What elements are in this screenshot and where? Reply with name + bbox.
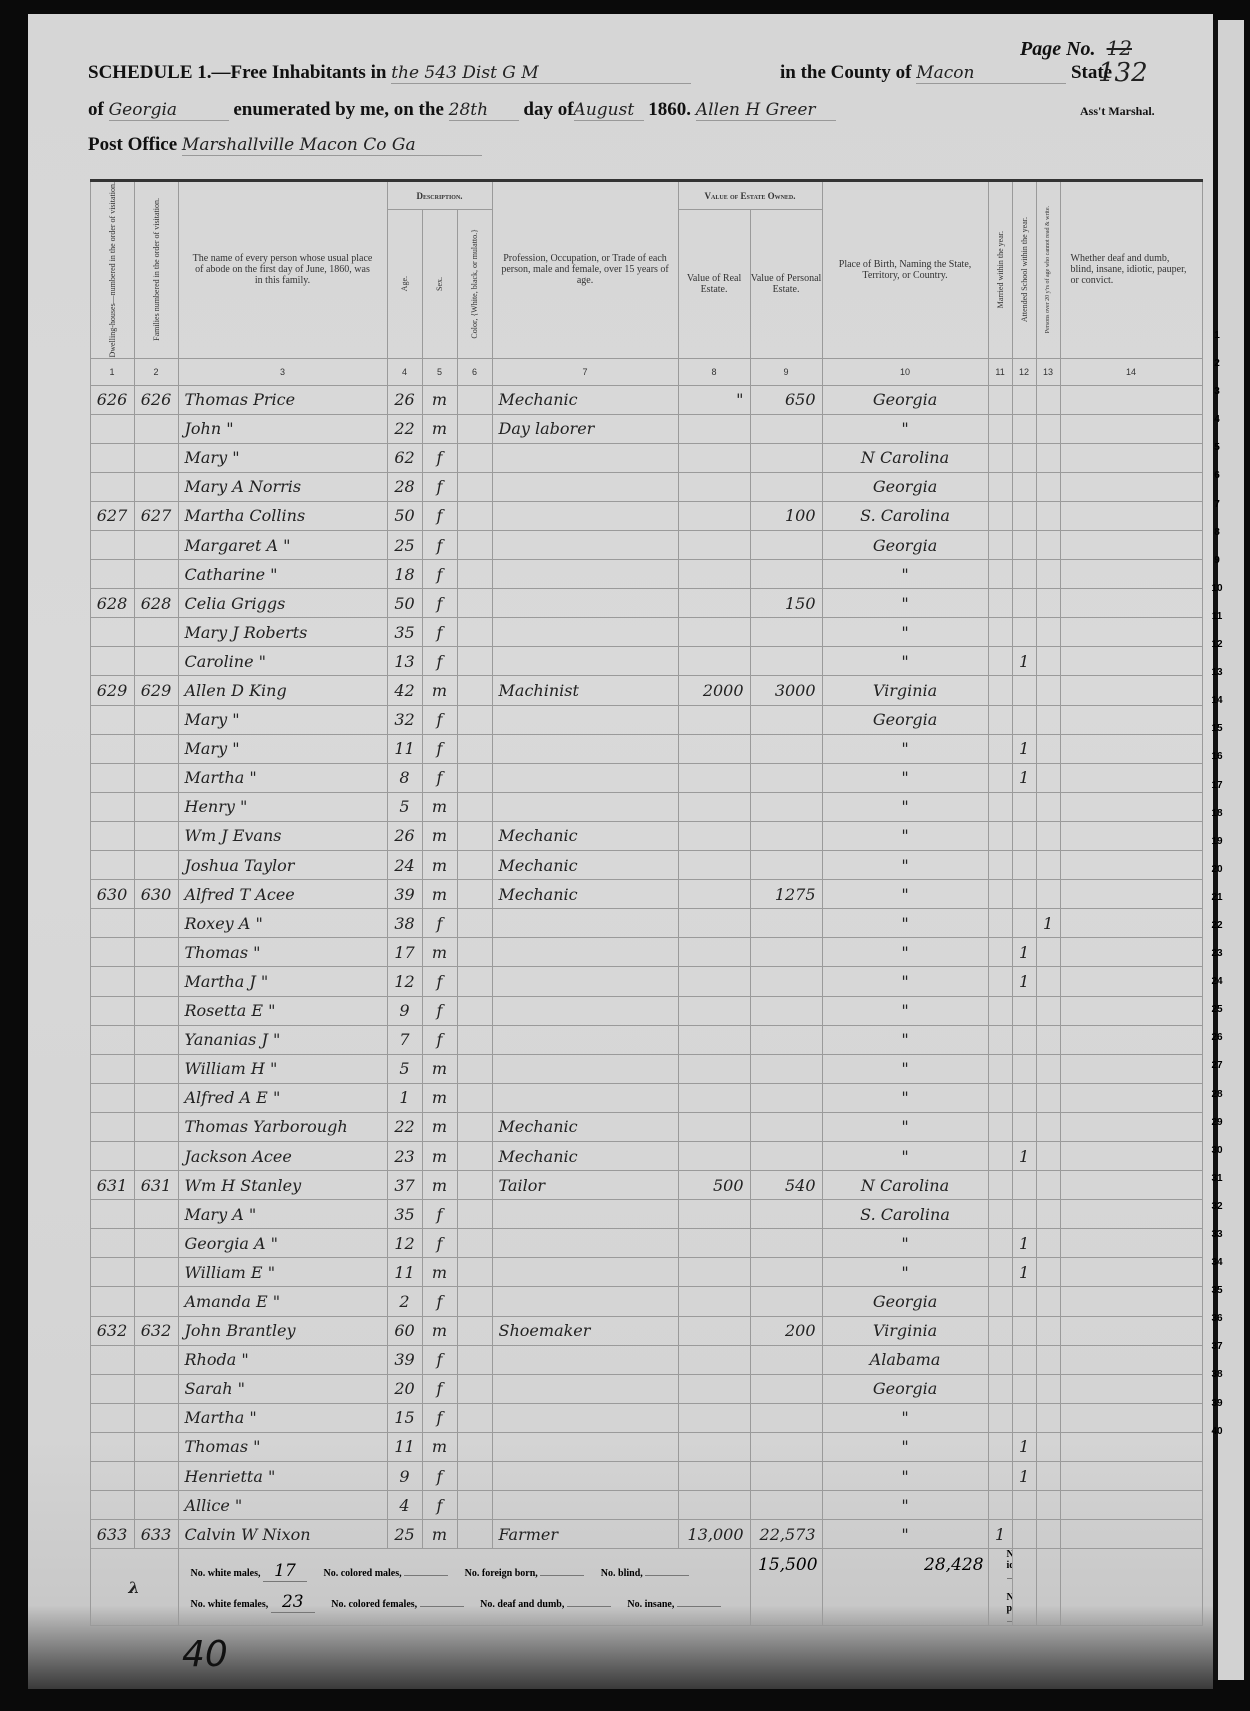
person-sex: m xyxy=(422,676,457,705)
married-mark xyxy=(988,1316,1012,1345)
real-estate-total: 15,500 xyxy=(758,1555,817,1575)
person-occupation xyxy=(492,1287,678,1316)
real-estate-value xyxy=(678,1403,750,1432)
person-occupation: Mechanic xyxy=(492,385,678,414)
married-mark xyxy=(988,967,1012,996)
school-mark xyxy=(1012,792,1036,821)
table-row: 14 Martha " 8 f " 1 xyxy=(90,763,1202,792)
dwelling-number xyxy=(90,1112,134,1141)
person-sex: f xyxy=(422,618,457,647)
dwelling-number xyxy=(90,1054,134,1083)
married-mark xyxy=(988,1432,1012,1461)
right-line-number: 28 xyxy=(1204,1089,1230,1117)
dwelling-number xyxy=(90,821,134,850)
person-occupation xyxy=(492,1054,678,1083)
birth-place: " xyxy=(822,560,988,589)
person-color xyxy=(457,385,492,414)
person-color xyxy=(457,1432,492,1461)
person-sex: m xyxy=(422,1141,457,1170)
estate-group-header: Value of Estate Owned. xyxy=(678,181,822,210)
personal-estate-value xyxy=(750,938,822,967)
dwelling-number xyxy=(90,1141,134,1170)
right-line-number: 20 xyxy=(1204,864,1230,892)
illiterate-mark xyxy=(1036,1520,1060,1549)
person-occupation xyxy=(492,938,678,967)
condition-value xyxy=(1060,734,1202,763)
dwelling-number xyxy=(90,967,134,996)
table-row: 13 Mary " 11 f " 1 xyxy=(90,734,1202,763)
person-age: 39 xyxy=(387,880,422,909)
dwelling-number xyxy=(90,1403,134,1432)
condition-value xyxy=(1060,385,1202,414)
person-age: 13 xyxy=(387,647,422,676)
married-mark xyxy=(988,647,1012,676)
illiterate-mark xyxy=(1036,792,1060,821)
person-sex: f xyxy=(422,1200,457,1229)
married-mark xyxy=(988,1374,1012,1403)
table-row: 17 Joshua Taylor 24 m Mechanic " xyxy=(90,851,1202,880)
table-row: 32 Amanda E " 2 f Georgia xyxy=(90,1287,1202,1316)
real-estate-value xyxy=(678,1141,750,1170)
illiterate-mark xyxy=(1036,1374,1060,1403)
blind-label: No. blind, xyxy=(601,1568,643,1579)
person-name: Mary " xyxy=(178,734,387,763)
census-table: Dwelling-houses—numbered in the order of… xyxy=(90,179,1203,1626)
person-sex: m xyxy=(422,1054,457,1083)
personal-estate-value: 540 xyxy=(750,1171,822,1200)
person-age: 5 xyxy=(387,1054,422,1083)
person-color xyxy=(457,851,492,880)
person-color xyxy=(457,1520,492,1549)
right-line-number: 2 xyxy=(1204,358,1230,386)
person-color xyxy=(457,1083,492,1112)
col-condition-header: Whether deaf and dumb, blind, insane, id… xyxy=(1060,181,1202,359)
birth-place: " xyxy=(822,647,988,676)
white-females-value: 23 xyxy=(271,1592,315,1613)
person-color xyxy=(457,414,492,443)
person-name: Catharine " xyxy=(178,560,387,589)
married-mark xyxy=(988,763,1012,792)
person-occupation xyxy=(492,1432,678,1461)
real-estate-value xyxy=(678,1374,750,1403)
personal-estate-value xyxy=(750,1345,822,1374)
person-sex: f xyxy=(422,1462,457,1491)
right-line-number: 18 xyxy=(1204,808,1230,836)
personal-estate-value xyxy=(750,1462,822,1491)
table-row: 16 Wm J Evans 26 m Mechanic " xyxy=(90,821,1202,850)
person-sex: f xyxy=(422,1287,457,1316)
person-age: 7 xyxy=(387,1025,422,1054)
right-line-number: 3 xyxy=(1204,386,1230,414)
condition-value xyxy=(1060,1171,1202,1200)
person-occupation xyxy=(492,1403,678,1432)
real-estate-value xyxy=(678,647,750,676)
dwelling-number xyxy=(90,472,134,501)
school-mark xyxy=(1012,1171,1036,1200)
birth-place: " xyxy=(822,1025,988,1054)
white-males-value: 17 xyxy=(263,1561,307,1582)
married-mark xyxy=(988,501,1012,530)
person-age: 11 xyxy=(387,734,422,763)
birth-place: Georgia xyxy=(822,385,988,414)
school-mark xyxy=(1012,996,1036,1025)
condition-value xyxy=(1060,501,1202,530)
person-occupation xyxy=(492,996,678,1025)
person-age: 60 xyxy=(387,1316,422,1345)
school-mark xyxy=(1012,560,1036,589)
personal-estate-value xyxy=(750,821,822,850)
col-number: 10 xyxy=(822,358,988,385)
birth-place: " xyxy=(822,1432,988,1461)
person-name: Celia Griggs xyxy=(178,589,387,618)
person-sex: f xyxy=(422,1025,457,1054)
married-mark xyxy=(988,443,1012,472)
condition-value xyxy=(1060,763,1202,792)
married-mark xyxy=(988,996,1012,1025)
condition-value xyxy=(1060,1141,1202,1170)
real-estate-value xyxy=(678,909,750,938)
state-value: Georgia xyxy=(109,100,229,121)
person-age: 12 xyxy=(387,967,422,996)
person-occupation xyxy=(492,909,678,938)
condition-value xyxy=(1060,1054,1202,1083)
person-sex: f xyxy=(422,909,457,938)
real-estate-value xyxy=(678,501,750,530)
table-row: 38 Henrietta " 9 f " 1 xyxy=(90,1462,1202,1491)
person-color xyxy=(457,1258,492,1287)
married-mark xyxy=(988,560,1012,589)
school-mark xyxy=(1012,385,1036,414)
family-number xyxy=(134,851,178,880)
illiterate-mark xyxy=(1036,1403,1060,1432)
condition-value xyxy=(1060,1025,1202,1054)
school-mark: 1 xyxy=(1012,763,1036,792)
table-row: 4 Mary A Norris 28 f Georgia xyxy=(90,472,1202,501)
col-name-header: The name of every person whose usual pla… xyxy=(178,181,387,359)
person-age: 22 xyxy=(387,1112,422,1141)
condition-value xyxy=(1060,851,1202,880)
birth-place: " xyxy=(822,414,988,443)
right-line-number: 25 xyxy=(1204,1004,1230,1032)
dwelling-number xyxy=(90,1345,134,1374)
person-sex: m xyxy=(422,1171,457,1200)
blind-value xyxy=(645,1575,689,1576)
illiterate-mark xyxy=(1036,1287,1060,1316)
personal-estate-value: 100 xyxy=(750,501,822,530)
right-line-number: 30 xyxy=(1204,1145,1230,1173)
birth-place: " xyxy=(822,618,988,647)
table-row: 18 630 630 Alfred T Acee 39 m Mechanic 1… xyxy=(90,880,1202,909)
person-color xyxy=(457,1316,492,1345)
condition-value xyxy=(1060,1287,1202,1316)
right-line-number: 35 xyxy=(1204,1285,1230,1313)
col-number: 3 xyxy=(178,358,387,385)
table-row: 35 Sarah " 20 f Georgia xyxy=(90,1374,1202,1403)
family-number xyxy=(134,734,178,763)
illiterate-mark xyxy=(1036,705,1060,734)
school-mark xyxy=(1012,501,1036,530)
person-age: 18 xyxy=(387,560,422,589)
person-sex: f xyxy=(422,1403,457,1432)
real-estate-value xyxy=(678,763,750,792)
married-mark xyxy=(988,1403,1012,1432)
person-name: Mary " xyxy=(178,443,387,472)
dwelling-number: 629 xyxy=(90,676,134,705)
col-number: 5 xyxy=(422,358,457,385)
person-sex: f xyxy=(422,1345,457,1374)
real-estate-value xyxy=(678,1025,750,1054)
school-mark xyxy=(1012,1083,1036,1112)
person-sex: f xyxy=(422,647,457,676)
person-color xyxy=(457,967,492,996)
personal-estate-value xyxy=(750,1083,822,1112)
person-name: Calvin W Nixon xyxy=(178,1520,387,1549)
condition-value xyxy=(1060,821,1202,850)
col-number: 9 xyxy=(750,358,822,385)
illiterate-mark xyxy=(1036,647,1060,676)
personal-estate-value: 150 xyxy=(750,589,822,618)
table-row: 21 Martha J " 12 f " 1 xyxy=(90,967,1202,996)
right-line-number: 16 xyxy=(1204,751,1230,779)
person-color xyxy=(457,443,492,472)
family-number xyxy=(134,1462,178,1491)
right-line-number: 34 xyxy=(1204,1257,1230,1285)
illiterate-mark xyxy=(1036,618,1060,647)
person-occupation xyxy=(492,763,678,792)
condition-value xyxy=(1060,909,1202,938)
married-mark xyxy=(988,676,1012,705)
table-row: 15 Henry " 5 m " xyxy=(90,792,1202,821)
married-mark xyxy=(988,1287,1012,1316)
married-mark xyxy=(988,1141,1012,1170)
married-mark xyxy=(988,705,1012,734)
condition-value xyxy=(1060,1520,1202,1549)
table-row: 8 628 628 Celia Griggs 50 f 150 " xyxy=(90,589,1202,618)
condition-value xyxy=(1060,560,1202,589)
person-name: Joshua Taylor xyxy=(178,851,387,880)
person-occupation xyxy=(492,472,678,501)
table-row: 19 Roxey A " 38 f " 1 xyxy=(90,909,1202,938)
table-row: 37 Thomas " 11 m " 1 xyxy=(90,1432,1202,1461)
school-mark: 1 xyxy=(1012,1258,1036,1287)
birth-place: N Carolina xyxy=(822,1171,988,1200)
post-office-value: Marshallville Macon Co Ga xyxy=(182,135,482,156)
person-sex: f xyxy=(422,1491,457,1520)
person-color xyxy=(457,821,492,850)
family-number xyxy=(134,560,178,589)
real-estate-value xyxy=(678,589,750,618)
school-mark: 1 xyxy=(1012,1141,1036,1170)
school-mark xyxy=(1012,414,1036,443)
state-label: State xyxy=(1071,62,1112,83)
school-mark xyxy=(1012,821,1036,850)
personal-estate-value xyxy=(750,1287,822,1316)
married-mark: 1 xyxy=(988,1520,1012,1549)
person-age: 2 xyxy=(387,1287,422,1316)
birth-place: " xyxy=(822,763,988,792)
right-line-number: 1 xyxy=(1204,330,1230,358)
person-name: Mary J Roberts xyxy=(178,618,387,647)
person-sex: f xyxy=(422,996,457,1025)
person-sex: f xyxy=(422,1229,457,1258)
school-mark xyxy=(1012,1316,1036,1345)
married-mark xyxy=(988,909,1012,938)
person-occupation xyxy=(492,1200,678,1229)
right-line-number: 36 xyxy=(1204,1313,1230,1341)
person-color xyxy=(457,880,492,909)
right-line-number: 15 xyxy=(1204,723,1230,751)
person-age: 35 xyxy=(387,618,422,647)
birth-place: S. Carolina xyxy=(822,501,988,530)
person-occupation xyxy=(492,560,678,589)
person-name: Henry " xyxy=(178,792,387,821)
col-occupation-header: Profession, Occupation, or Trade of each… xyxy=(492,181,678,359)
person-color xyxy=(457,1491,492,1520)
of-label: of xyxy=(88,99,104,120)
table-row: 11 629 629 Allen D King 42 m Machinist 2… xyxy=(90,676,1202,705)
right-line-number: 23 xyxy=(1204,948,1230,976)
person-age: 8 xyxy=(387,763,422,792)
dwelling-number xyxy=(90,647,134,676)
school-mark xyxy=(1012,909,1036,938)
personal-estate-value xyxy=(750,531,822,560)
married-mark xyxy=(988,589,1012,618)
table-row: 34 Rhoda " 39 f Alabama xyxy=(90,1345,1202,1374)
birth-place: N Carolina xyxy=(822,443,988,472)
dwelling-number xyxy=(90,763,134,792)
person-color xyxy=(457,792,492,821)
school-mark xyxy=(1012,589,1036,618)
person-age: 12 xyxy=(387,1229,422,1258)
married-mark xyxy=(988,821,1012,850)
dwelling-number xyxy=(90,734,134,763)
table-row: 7 Catharine " 18 f " xyxy=(90,560,1202,589)
person-name: Jackson Acee xyxy=(178,1141,387,1170)
table-row: 29 Mary A " 35 f S. Carolina xyxy=(90,1200,1202,1229)
person-occupation xyxy=(492,1374,678,1403)
school-mark: 1 xyxy=(1012,1462,1036,1491)
school-mark: 1 xyxy=(1012,734,1036,763)
col-personal-estate-header: Value of Personal Estate. xyxy=(750,210,822,358)
dwelling-number xyxy=(90,1287,134,1316)
person-age: 39 xyxy=(387,1345,422,1374)
county-value: Macon xyxy=(916,63,1066,84)
married-mark xyxy=(988,472,1012,501)
birth-place: " xyxy=(822,938,988,967)
person-occupation xyxy=(492,647,678,676)
person-occupation xyxy=(492,734,678,763)
colored-females-value xyxy=(420,1606,464,1607)
person-age: 25 xyxy=(387,531,422,560)
family-number xyxy=(134,647,178,676)
table-row: 6 Margaret A " 25 f Georgia xyxy=(90,531,1202,560)
person-color xyxy=(457,1112,492,1141)
dwelling-number xyxy=(90,938,134,967)
person-name: Roxey A " xyxy=(178,909,387,938)
schedule-label: SCHEDULE 1.—Free Inhabitants in xyxy=(88,62,386,83)
condition-value xyxy=(1060,880,1202,909)
person-sex: m xyxy=(422,1258,457,1287)
table-row: 28 631 631 Wm H Stanley 37 m Tailor 500 … xyxy=(90,1171,1202,1200)
person-occupation xyxy=(492,967,678,996)
table-row: 31 William E " 11 m " 1 xyxy=(90,1258,1202,1287)
birth-place: " xyxy=(822,1141,988,1170)
school-mark xyxy=(1012,618,1036,647)
dwelling-number xyxy=(90,1025,134,1054)
person-color xyxy=(457,676,492,705)
person-sex: f xyxy=(422,1374,457,1403)
person-occupation xyxy=(492,1258,678,1287)
table-row: 20 Thomas " 17 m " 1 xyxy=(90,938,1202,967)
personal-estate-value xyxy=(750,1054,822,1083)
person-color xyxy=(457,589,492,618)
foreign-born-label: No. foreign born, xyxy=(465,1568,538,1579)
illiterate-mark xyxy=(1036,531,1060,560)
person-color xyxy=(457,1054,492,1083)
real-estate-value xyxy=(678,1229,750,1258)
condition-value xyxy=(1060,1200,1202,1229)
personal-estate-value xyxy=(750,1403,822,1432)
birth-place: " xyxy=(822,1403,988,1432)
condition-value xyxy=(1060,1403,1202,1432)
right-line-number: 31 xyxy=(1204,1173,1230,1201)
col-number: 14 xyxy=(1060,358,1202,385)
person-color xyxy=(457,1200,492,1229)
page-number: Page No. 12 132 xyxy=(1020,36,1132,61)
person-name: Yananias J " xyxy=(178,1025,387,1054)
person-occupation: Farmer xyxy=(492,1520,678,1549)
person-age: 15 xyxy=(387,1403,422,1432)
personal-estate-value xyxy=(750,734,822,763)
school-mark: 1 xyxy=(1012,967,1036,996)
col-number: 1 xyxy=(90,358,134,385)
personal-estate-value xyxy=(750,443,822,472)
person-sex: f xyxy=(422,734,457,763)
school-mark xyxy=(1012,1491,1036,1520)
birth-place: " xyxy=(822,734,988,763)
person-name: Sarah " xyxy=(178,1374,387,1403)
colored-males-value xyxy=(404,1575,448,1576)
person-color xyxy=(457,1374,492,1403)
right-line-number: 37 xyxy=(1204,1341,1230,1369)
table-row: 40 633 633 Calvin W Nixon 25 m Farmer 13… xyxy=(90,1520,1202,1549)
illiterate-mark xyxy=(1036,385,1060,414)
family-number: 630 xyxy=(134,880,178,909)
birth-place: " xyxy=(822,996,988,1025)
table-row: 5 627 627 Martha Collins 50 f 100 S. Car… xyxy=(90,501,1202,530)
col-number: 13 xyxy=(1036,358,1060,385)
illiterate-mark xyxy=(1036,589,1060,618)
person-age: 11 xyxy=(387,1432,422,1461)
illiterate-mark xyxy=(1036,1200,1060,1229)
condition-value xyxy=(1060,472,1202,501)
married-mark xyxy=(988,1462,1012,1491)
paupers-value xyxy=(1007,1621,1013,1622)
condition-value xyxy=(1060,1491,1202,1520)
dwelling-number xyxy=(90,792,134,821)
right-line-number: 33 xyxy=(1204,1229,1230,1257)
person-occupation: Mechanic xyxy=(492,1141,678,1170)
real-estate-value xyxy=(678,734,750,763)
condition-value xyxy=(1060,1112,1202,1141)
col-sex-header: Sex. xyxy=(422,210,457,358)
married-mark xyxy=(988,1229,1012,1258)
foreign-born-value xyxy=(540,1575,584,1576)
school-mark xyxy=(1012,1520,1036,1549)
right-line-number: 7 xyxy=(1204,499,1230,527)
person-sex: m xyxy=(422,851,457,880)
condition-value xyxy=(1060,1345,1202,1374)
